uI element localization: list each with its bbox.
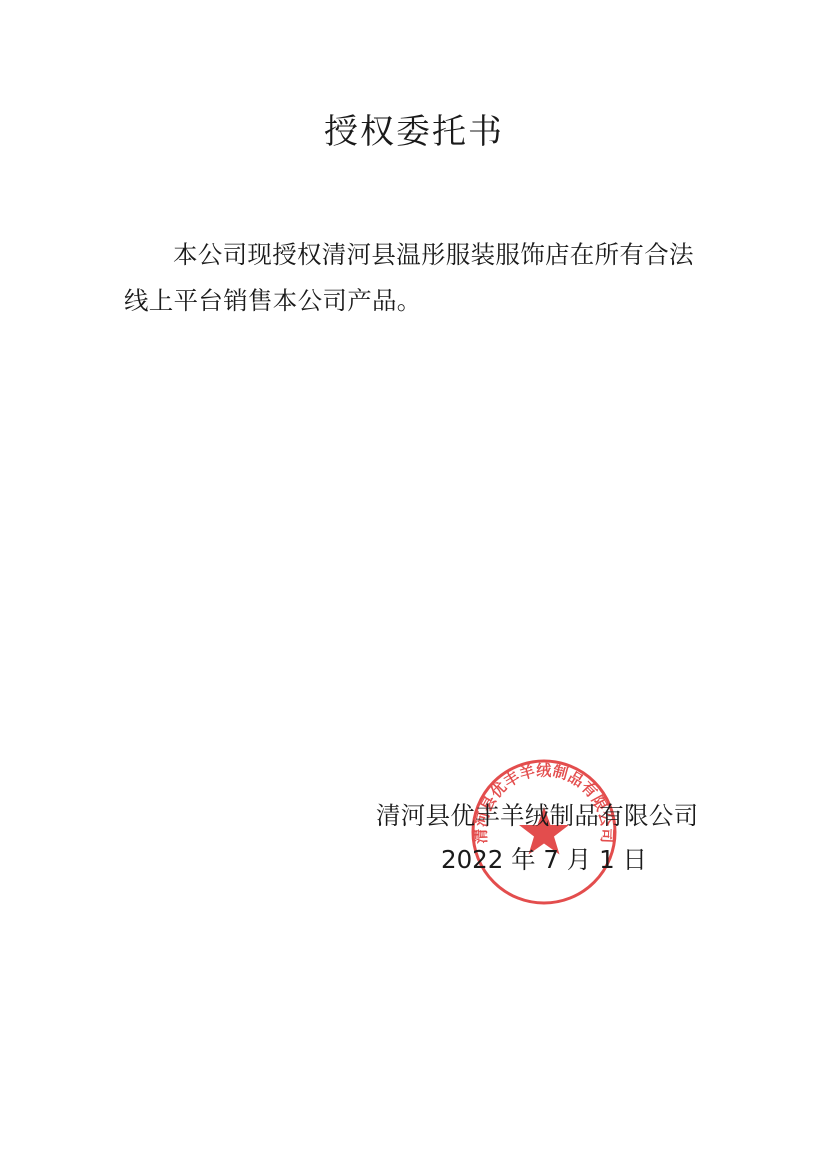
authorization-statement: 本公司现授权清河县温彤服装服饰店在所有合法线上平台销售本公司产品。 [124, 232, 714, 324]
signature-date: 2022 年 7 月 1 日 [441, 841, 647, 879]
document-title: 授权委托书 [0, 110, 828, 154]
company-signature: 清河县优丰羊绒制品有限公司 [376, 797, 698, 835]
